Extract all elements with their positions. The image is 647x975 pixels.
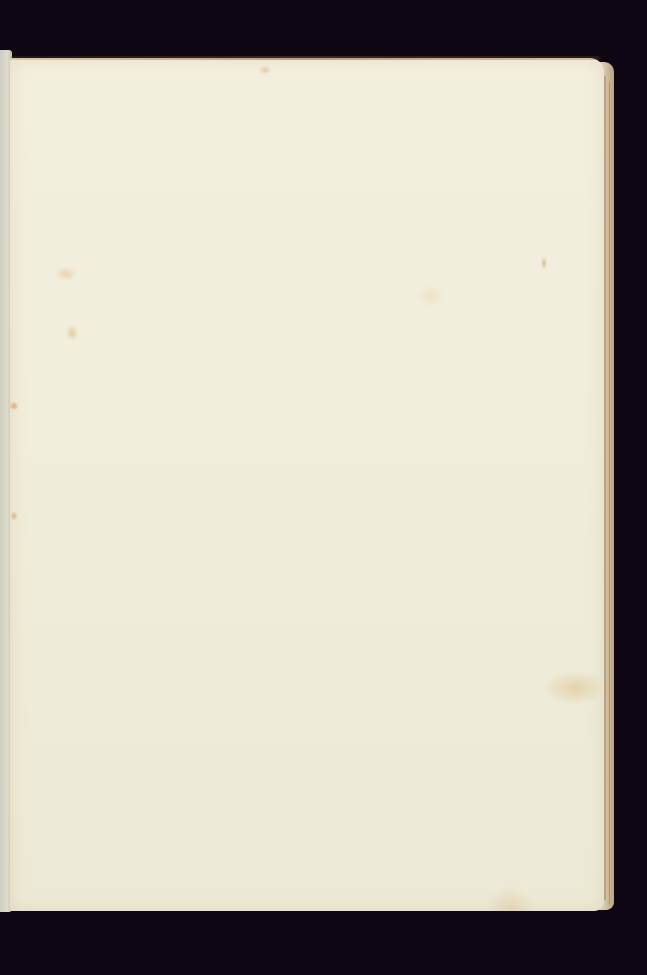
photo-scene: Photograph of an open bound manuscript s… bbox=[0, 0, 647, 975]
blank-manuscript-page bbox=[10, 58, 604, 911]
page-top-edge bbox=[10, 56, 600, 60]
image-description: Photograph of an open bound manuscript s… bbox=[0, 0, 1, 1]
